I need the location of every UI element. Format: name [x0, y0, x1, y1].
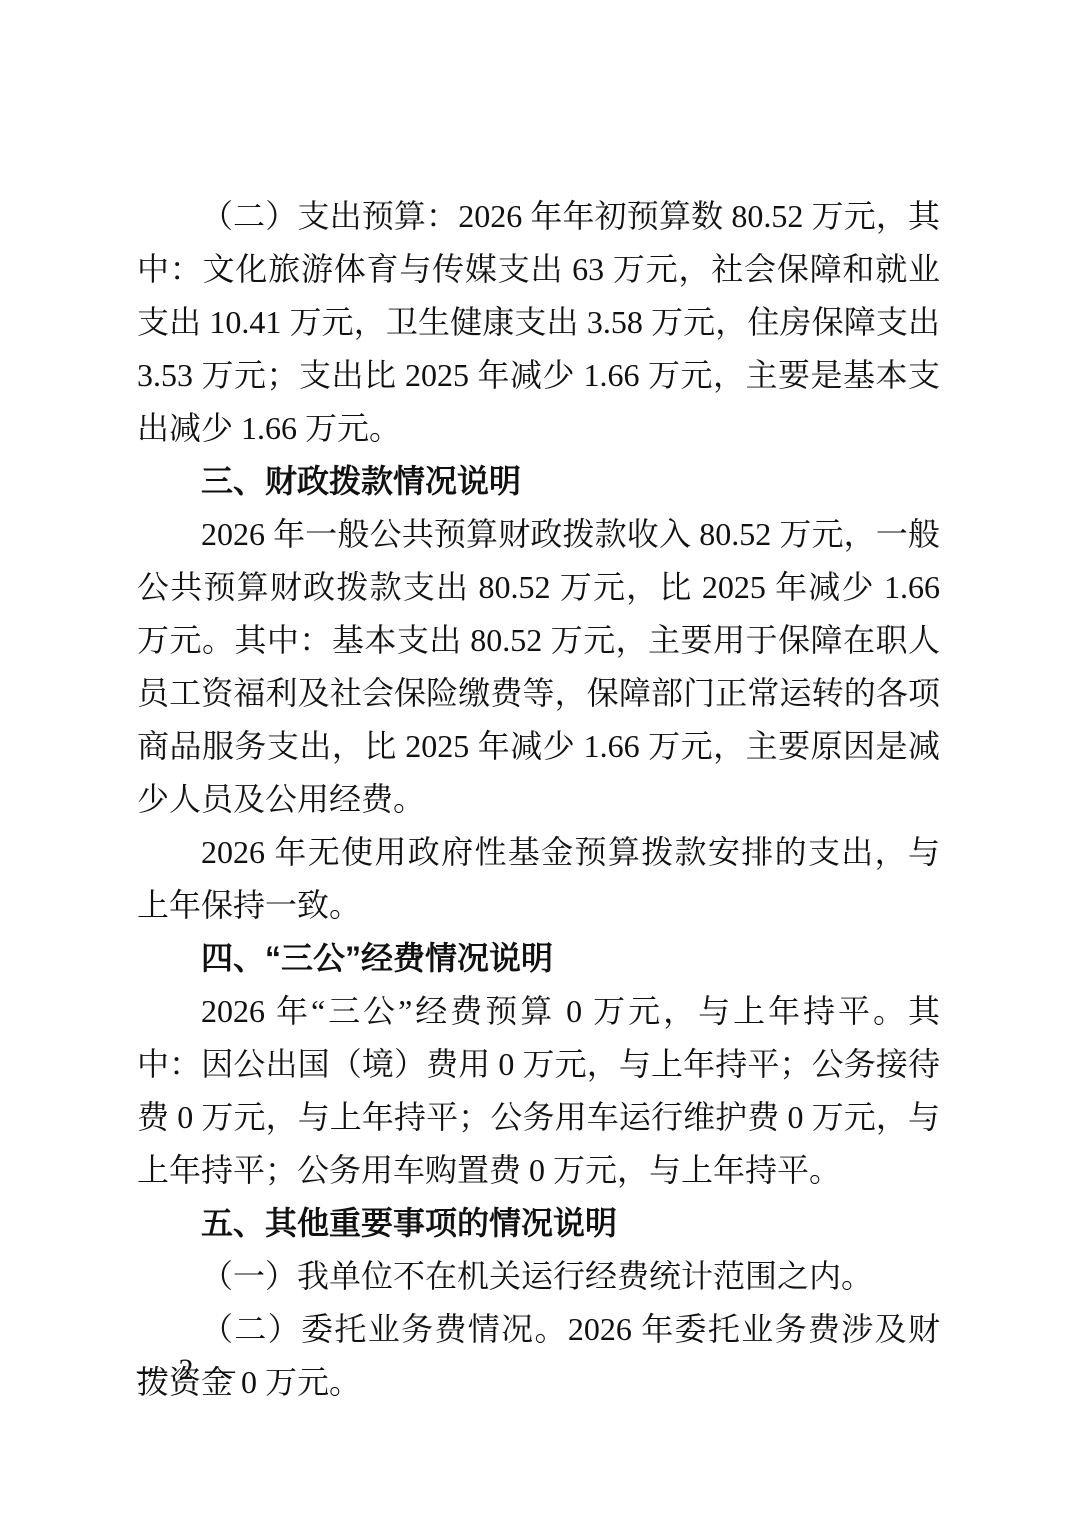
- page-number: — 2 —: [137, 1352, 237, 1388]
- paragraph-government-fund: 2026 年无使用政府性基金预算拨款安排的支出，与上年保持一致。: [137, 826, 940, 932]
- document-page: （二）支出预算：2026 年年初预算数 80.52 万元，其中：文化旅游体育与传…: [0, 0, 1074, 1520]
- document-body: （二）支出预算：2026 年年初预算数 80.52 万元，其中：文化旅游体育与传…: [137, 190, 940, 1409]
- section-heading-fiscal-appropriation: 三、财政拨款情况说明: [137, 455, 940, 508]
- paragraph-lead: （二）委托业务费情况。: [201, 1311, 568, 1347]
- paragraph-three-public-funds: 2026 年“三公”经费预算 0 万元，与上年持平。其中：因公出国（境）费用 0…: [137, 985, 940, 1197]
- paragraph-entrusted-business-fee: （二）委托业务费情况。2026 年委托业务费涉及财拨资金 0 万元。: [137, 1303, 940, 1409]
- section-heading-other-important-matters: 五、其他重要事项的情况说明: [137, 1197, 940, 1250]
- paragraph-fiscal-appropriation: 2026 年一般公共预算财政拨款收入 80.52 万元，一般公共预算财政拨款支出…: [137, 508, 940, 826]
- paragraph-text: 2026 年年初预算数 80.52 万元，其中：文化旅游体育与传媒支出 63 万…: [137, 198, 940, 446]
- paragraph-expenditure-budget: （二）支出预算：2026 年年初预算数 80.52 万元，其中：文化旅游体育与传…: [137, 190, 940, 455]
- section-heading-three-public-funds: 四、“三公”经费情况说明: [137, 932, 940, 985]
- paragraph-lead: （二）支出预算：: [201, 198, 458, 234]
- paragraph-agency-operating-expense: （一）我单位不在机关运行经费统计范围之内。: [137, 1250, 940, 1303]
